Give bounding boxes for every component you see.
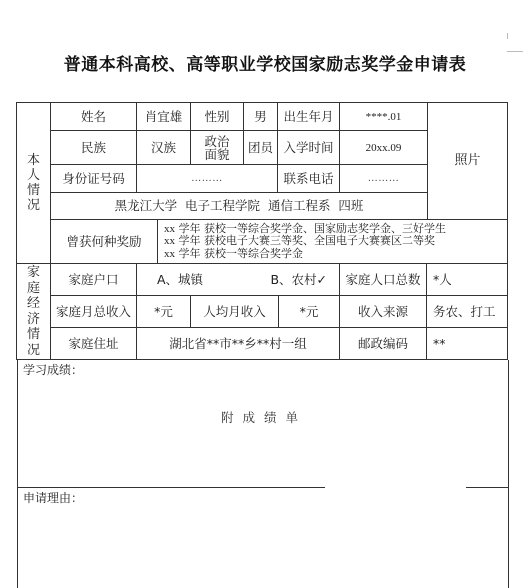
address-value[interactable]: 湖北省**市**乡**村一组 xyxy=(136,327,340,360)
award-text: 学年 获校一等综合奖学金、国家励志奖学金、三好学生 xyxy=(179,222,447,235)
award-text: 学年 获校电子大赛三等奖、全国电子大赛赛区二等奖 xyxy=(179,234,436,247)
academic-note: 附成绩单 xyxy=(221,408,307,426)
section-char: 情 xyxy=(27,183,40,198)
award-year: xx xyxy=(164,248,175,260)
per-capita-label: 人均月收入 xyxy=(190,295,279,328)
birth-value[interactable]: ****.01 xyxy=(339,102,428,131)
postal-label: 邮政编码 xyxy=(339,327,427,360)
gender-value[interactable]: 男 xyxy=(243,102,278,131)
name-label: 姓名 xyxy=(50,102,137,131)
section-char: 况 xyxy=(27,343,40,359)
academic-label: 学习成绩： xyxy=(23,361,83,378)
award-text: 学年 获校一等综合奖学金 xyxy=(179,247,304,260)
postal-value[interactable]: ** xyxy=(426,327,508,360)
hukou-options[interactable]: A、城镇 B、农村✓ xyxy=(136,263,340,296)
birth-label: 出生年月 xyxy=(277,102,340,131)
family-section-label: 家 庭 经 济 情 况 xyxy=(16,263,51,360)
section-char: 情 xyxy=(27,327,40,343)
phone-label: 联系电话 xyxy=(277,164,340,193)
hukou-option-b[interactable]: B、农村✓ xyxy=(270,273,327,287)
monthly-income-value[interactable]: *元 xyxy=(136,295,191,328)
reason-box[interactable] xyxy=(17,488,509,588)
section-char: 家 xyxy=(27,265,40,281)
ethnicity-value[interactable]: 汉族 xyxy=(136,130,191,165)
personal-section-label: 本 人 情 况 xyxy=(16,102,51,264)
section-char: 经 xyxy=(27,296,40,312)
id-label: 身份证号码 xyxy=(50,164,137,193)
population-label: 家庭人口总数 xyxy=(339,263,427,296)
award-year: xx xyxy=(164,223,175,235)
income-source-value[interactable]: 务农、打工 xyxy=(426,295,508,328)
political-label-line: 政治 xyxy=(204,135,229,148)
section-char: 况 xyxy=(27,198,40,213)
section-char: 本 xyxy=(27,153,40,168)
gender-label: 性别 xyxy=(190,102,244,131)
name-value[interactable]: 肖宜雄 xyxy=(136,102,191,131)
hukou-option-a[interactable]: A、城镇 xyxy=(157,273,203,287)
reason-label: 申请理由： xyxy=(23,489,83,506)
phone-value[interactable]: ……… xyxy=(339,164,428,193)
section-char: 庭 xyxy=(27,281,40,297)
id-value[interactable]: ……… xyxy=(136,164,278,193)
monthly-income-label: 家庭月总收入 xyxy=(50,295,137,328)
address-label: 家庭住址 xyxy=(50,327,137,360)
awards-list[interactable]: xx 学年 获校一等综合奖学金、国家励志奖学金、三好学生 xx 学年 获校电子大… xyxy=(157,219,508,264)
political-label: 政治 面貌 xyxy=(190,130,244,165)
photo-box[interactable]: 照片 xyxy=(427,102,508,220)
per-capita-value[interactable]: *元 xyxy=(278,295,340,328)
hukou-label: 家庭户口 xyxy=(50,263,137,296)
award-item: xx 学年 获校一等综合奖学金 xyxy=(164,248,303,261)
form-title: 普通本科高校、高等职业学校国家励志奖学金申请表 xyxy=(0,50,530,75)
ethnicity-label: 民族 xyxy=(50,130,137,165)
section-char: 人 xyxy=(27,168,40,183)
section-char: 济 xyxy=(27,312,40,328)
political-label-line: 面貌 xyxy=(204,148,229,161)
school-info[interactable]: 黑龙江大学 电子工程学院 通信工程系 四班 xyxy=(50,192,428,220)
award-year: xx xyxy=(164,235,175,247)
enroll-value[interactable]: 20xx.09 xyxy=(339,130,428,165)
enroll-label: 入学时间 xyxy=(277,130,340,165)
income-source-label: 收入来源 xyxy=(339,295,427,328)
awards-label: 曾获何种奖励 xyxy=(50,219,158,264)
page-corner-mark xyxy=(507,33,508,39)
population-value[interactable]: *人 xyxy=(426,263,508,296)
political-value[interactable]: 团员 xyxy=(243,130,278,165)
